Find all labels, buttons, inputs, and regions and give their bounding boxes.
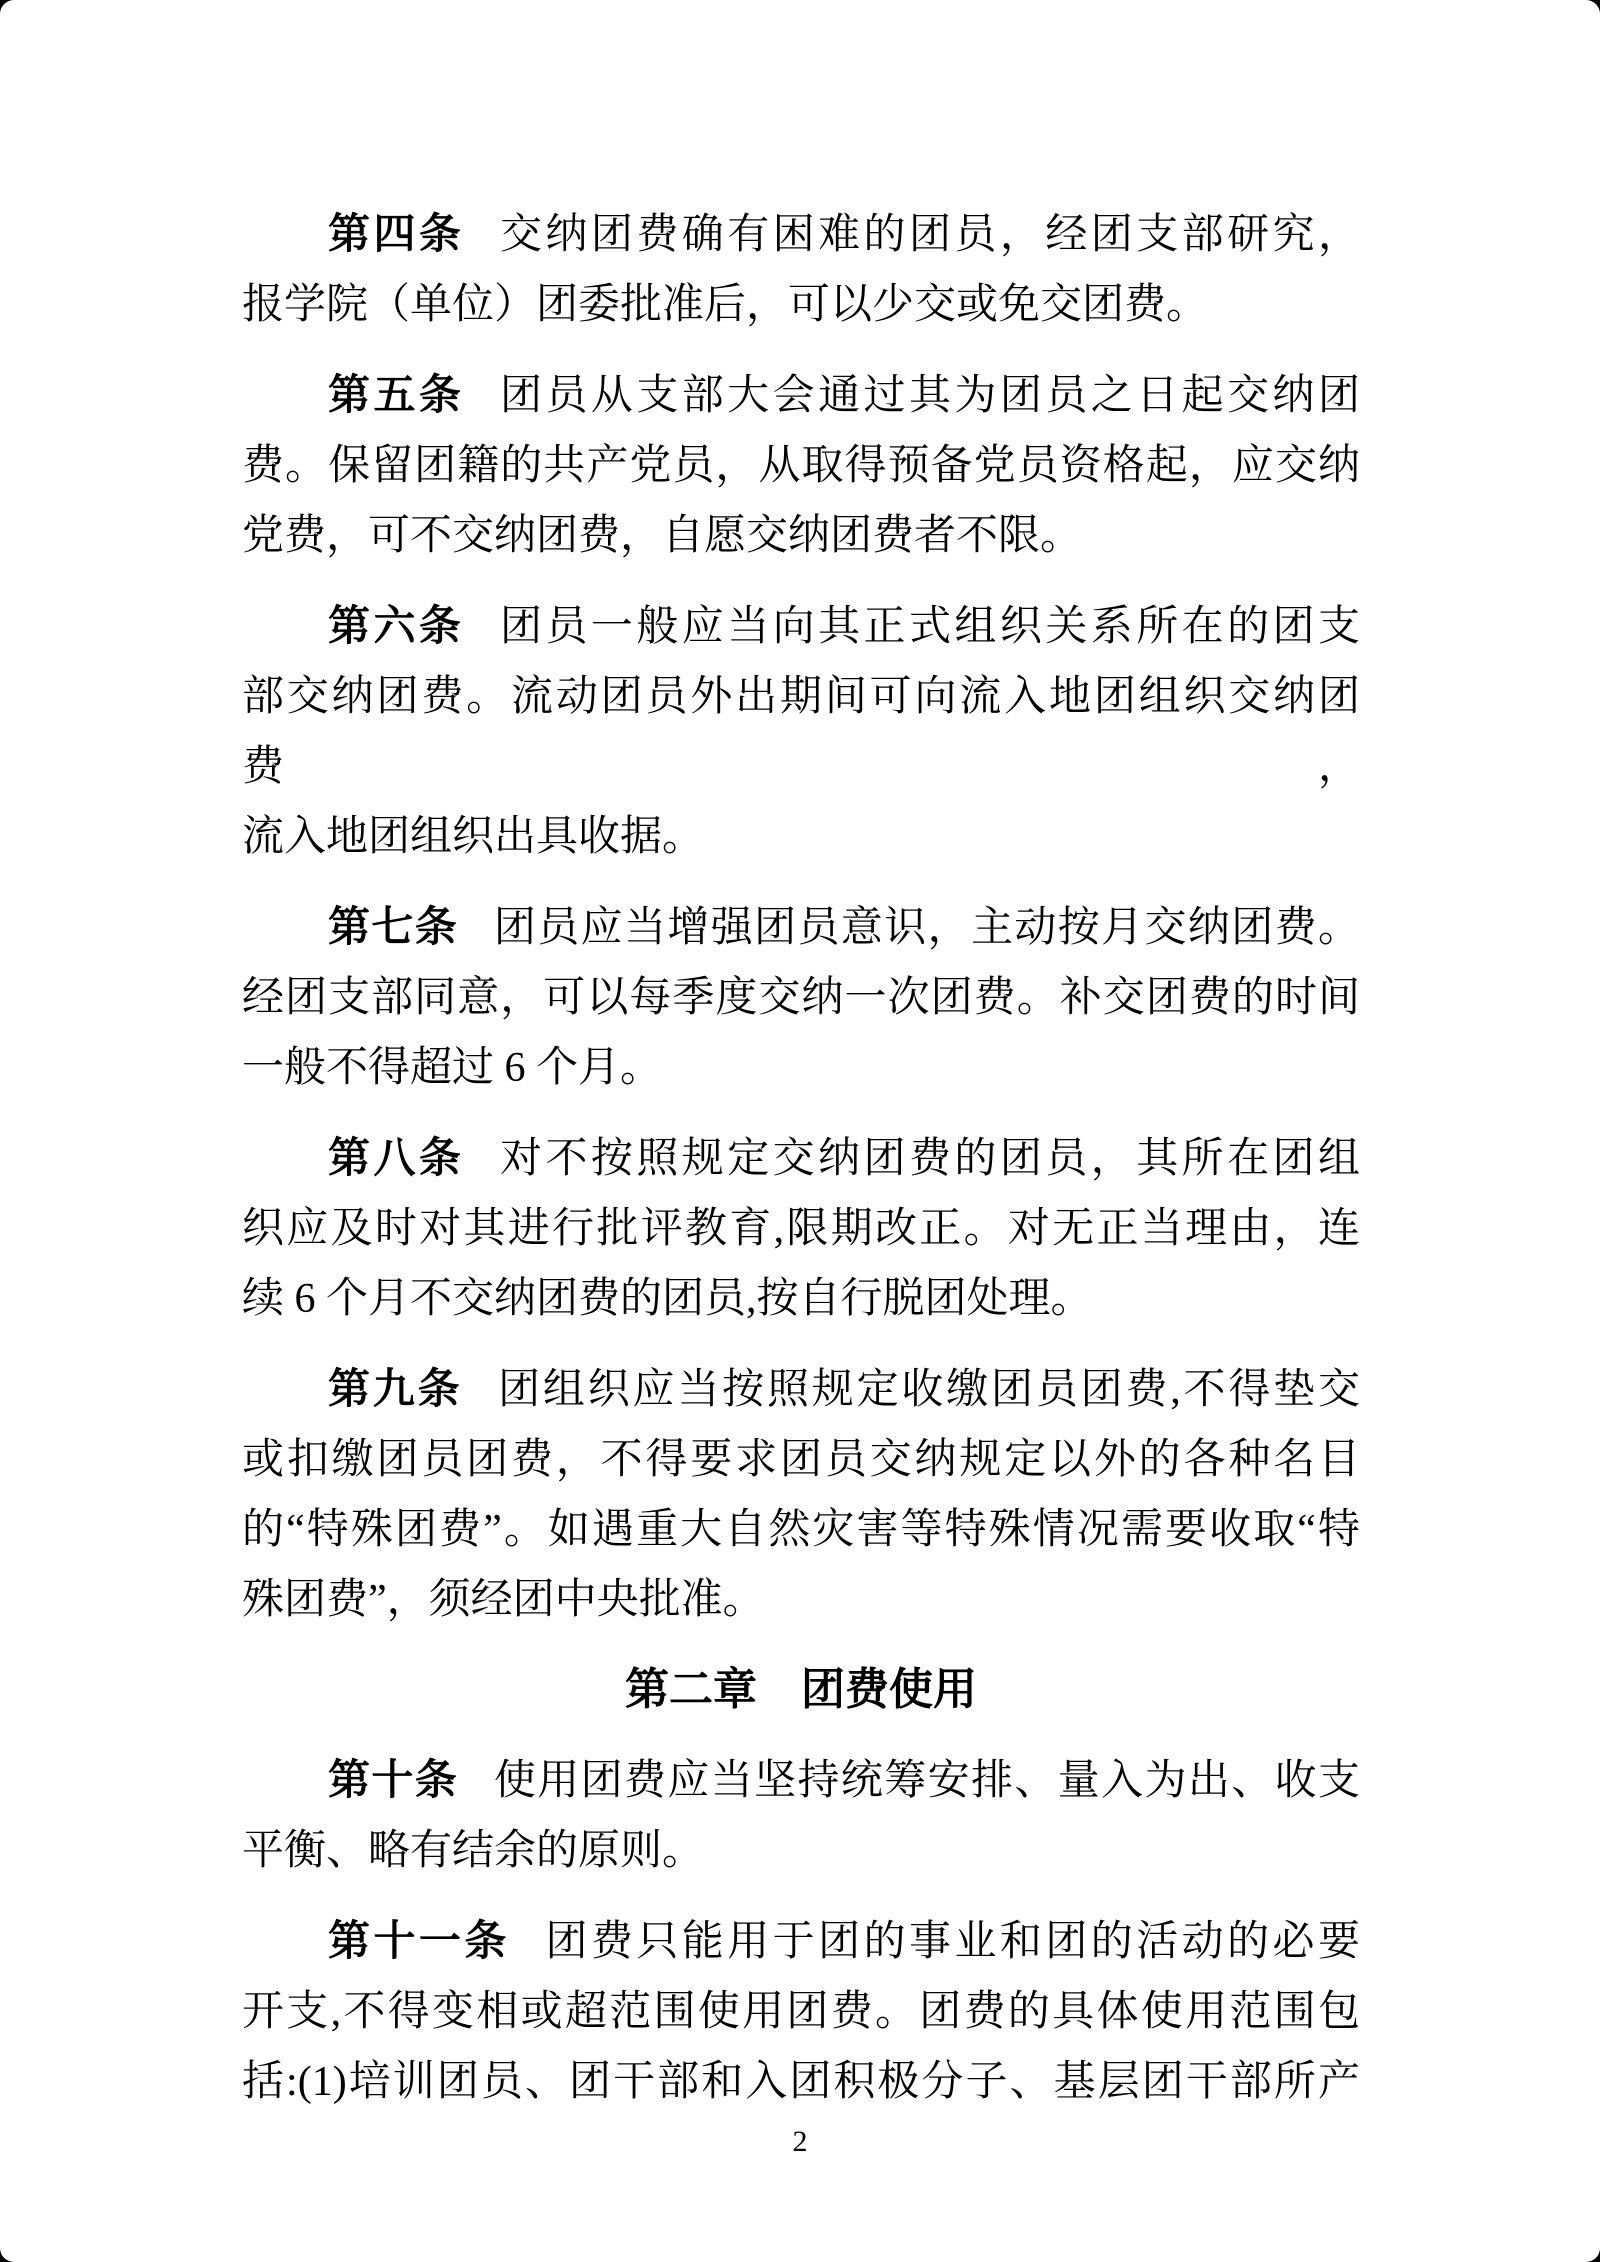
- document-page: 第四条交纳团费确有困难的团员，经团支部研究， 报学院（单位）团委批准后，可以少交…: [0, 0, 1600, 2262]
- text-line: 流入地团组织出具收据。: [242, 802, 1360, 872]
- text-run: 对不按照规定交纳团费的团员，其所在团组: [500, 1136, 1360, 1182]
- text-line: 续 6 个月不交纳团费的团员,按自行脱团处理。: [242, 1264, 1360, 1334]
- article-10: 第十条使用团费应当坚持统筹安排、量入为出、收支 平衡、略有结余的原则。: [242, 1745, 1360, 1886]
- text-line: 第四条交纳团费确有困难的团员，经团支部研究，: [242, 199, 1360, 270]
- article-11: 第十一条团费只能用于团的事业和团的活动的必要 开支,不得变相或超范围使用团费。团…: [242, 1906, 1360, 2117]
- article-number-label: 第八条: [328, 1134, 464, 1181]
- article-number-label: 第七条: [328, 903, 458, 950]
- text-line: 第八条对不按照规定交纳团费的团员，其所在团组: [242, 1123, 1360, 1194]
- article-5: 第五条团员从支部大会通过其为团员之日起交纳团 费。保留团籍的共产党员，从取得预备…: [242, 360, 1360, 571]
- article-number-label: 第四条: [328, 210, 464, 257]
- text-line: 经团支部同意，可以每季度交纳一次团费。补交团费的时间: [242, 963, 1360, 1033]
- text-line: 括:(1)培训团员、团干部和入团积极分子、基层团干部所产: [242, 2047, 1360, 2117]
- text-run: 团员一般应当向其正式组织关系所在的团支: [500, 604, 1360, 650]
- text-line: 第十条使用团费应当坚持统筹安排、量入为出、收支: [242, 1745, 1360, 1816]
- text-line: 费。保留团籍的共产党员，从取得预备党员资格起，应交纳: [242, 431, 1360, 501]
- text-line: 平衡、略有结余的原则。: [242, 1816, 1360, 1886]
- text-line: 第九条团组织应当按照规定收缴团员团费,不得垫交: [242, 1354, 1360, 1425]
- text-line: 殊团费”，须经团中央批准。: [242, 1565, 1360, 1635]
- text-run: 交纳团费确有困难的团员，经团支部研究，: [500, 212, 1360, 258]
- text-line: 第七条团员应当增强团员意识，主动按月交纳团费。: [242, 892, 1360, 963]
- text-line: 部交纳团费。流动团员外出期间可向流入地团组织交纳团费，: [242, 662, 1360, 802]
- text-line: 党费，可不交纳团费，自愿交纳团费者不限。: [242, 501, 1360, 571]
- page-number: 2: [0, 2122, 1600, 2162]
- text-line: 开支,不得变相或超范围使用团费。团费的具体使用范围包: [242, 1977, 1360, 2047]
- article-8: 第八条对不按照规定交纳团费的团员，其所在团组 织应及时对其进行批评教育,限期改正…: [242, 1123, 1360, 1334]
- text-line: 一般不得超过 6 个月。: [242, 1033, 1360, 1103]
- article-7: 第七条团员应当增强团员意识，主动按月交纳团费。 经团支部同意，可以每季度交纳一次…: [242, 892, 1360, 1103]
- text-run: 团员从支部大会通过其为团员之日起交纳团: [500, 373, 1360, 419]
- text-line: 第十一条团费只能用于团的事业和团的活动的必要: [242, 1906, 1360, 1977]
- text-line: 或扣缴团员团费，不得要求团员交纳规定以外的各种名目: [242, 1425, 1360, 1495]
- text-run: 使用团费应当坚持统筹安排、量入为出、收支: [494, 1758, 1360, 1804]
- text-line: 的“特殊团费”。如遇重大自然灾害等特殊情况需要收取“特: [242, 1495, 1360, 1565]
- article-number-label: 第十条: [328, 1756, 458, 1803]
- document-body: 第四条交纳团费确有困难的团员，经团支部研究， 报学院（单位）团委批准后，可以少交…: [242, 199, 1360, 2117]
- article-9: 第九条团组织应当按照规定收缴团员团费,不得垫交 或扣缴团员团费，不得要求团员交纳…: [242, 1354, 1360, 1635]
- text-line: 第五条团员从支部大会通过其为团员之日起交纳团: [242, 360, 1360, 431]
- article-number-label: 第六条: [328, 602, 464, 649]
- text-line: 第六条团员一般应当向其正式组织关系所在的团支: [242, 591, 1360, 662]
- article-number-label: 第九条: [328, 1365, 462, 1412]
- article-number-label: 第十一条: [328, 1917, 510, 1964]
- article-number-label: 第五条: [328, 371, 464, 418]
- text-run: 团费只能用于团的事业和团的活动的必要: [545, 1919, 1360, 1965]
- chapter-heading: 第二章 团费使用: [242, 1655, 1360, 1725]
- article-6: 第六条团员一般应当向其正式组织关系所在的团支 部交纳团费。流动团员外出期间可向流…: [242, 591, 1360, 872]
- text-line: 织应及时对其进行批评教育,限期改正。对无正当理由，连: [242, 1194, 1360, 1264]
- text-line: 报学院（单位）团委批准后，可以少交或免交团费。: [242, 270, 1360, 340]
- article-4: 第四条交纳团费确有困难的团员，经团支部研究， 报学院（单位）团委批准后，可以少交…: [242, 199, 1360, 340]
- text-run: 团员应当增强团员意识，主动按月交纳团费。: [494, 905, 1360, 951]
- text-run: 团组织应当按照规定收缴团员团费,不得垫交: [498, 1367, 1360, 1413]
